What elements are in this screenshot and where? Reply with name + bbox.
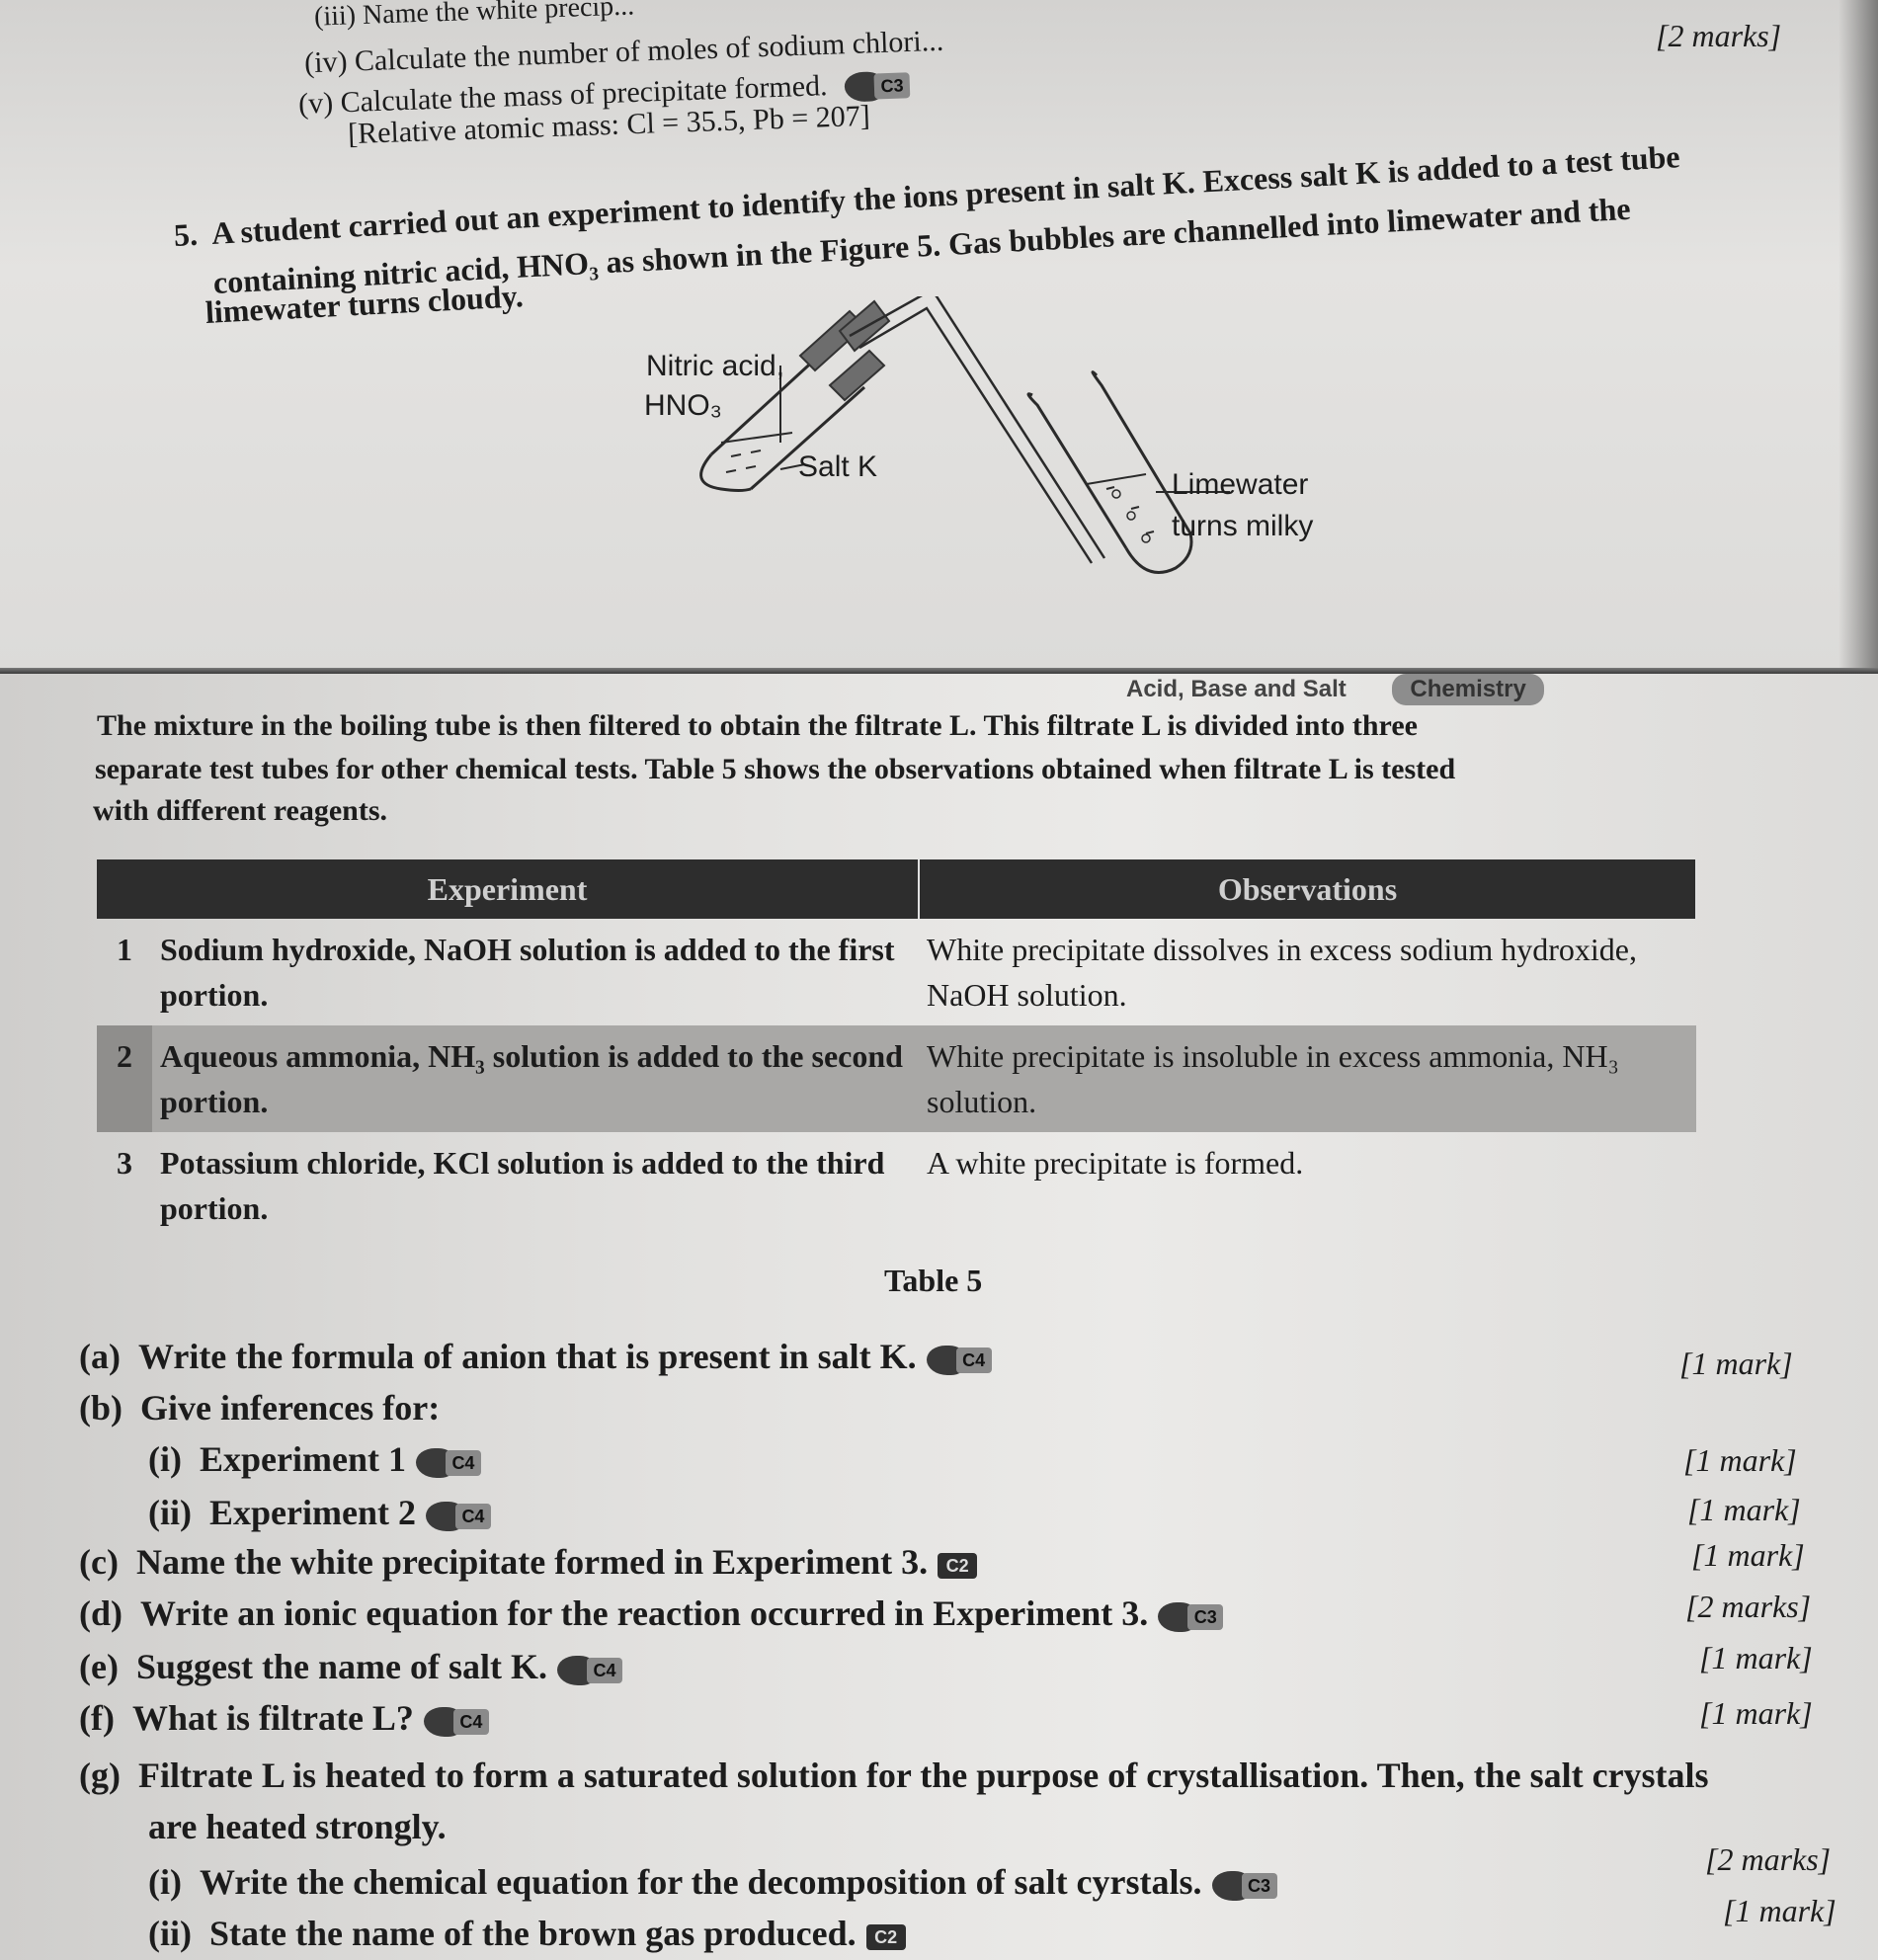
question-item: (c) Name the white precipitate formed in… [79,1541,1005,1583]
label-hno3: HNO₃ [644,389,722,423]
intro-line-2: separate test tubes for other chemical t… [95,753,1455,786]
stamp-c3: C3 [1212,1871,1279,1901]
question-text: Experiment 2 [209,1493,416,1532]
marks-label: [1 mark] [1679,1346,1793,1382]
marks-label: [2 marks] [1705,1841,1831,1878]
stamp-c3: C3 [1158,1602,1225,1632]
observation-cell: A white precipitate is formed. [919,1132,1696,1239]
stamp-c2: C2 [938,1551,1005,1581]
label-turns-milky: turns milky [1172,510,1313,543]
question-label: (b) [79,1388,140,1428]
question-label: (d) [79,1593,140,1633]
question-item: (ii) State the name of the brown gas pro… [148,1913,934,1954]
question-text: are heated strongly. [148,1807,447,1846]
marks-label: [2 marks] [1685,1589,1811,1625]
marks-label: [1 mark] [1691,1537,1805,1574]
question-text: What is filtrate L? [132,1698,414,1738]
intro-line-3: with different reagents. [93,794,387,828]
marks-label: [1 mark] [1683,1442,1797,1479]
question-number: 5. [173,216,199,253]
stamp-code: C3 [1187,1604,1223,1630]
question-text: Give inferences for: [140,1388,440,1428]
item-label: (v) [298,87,334,121]
question-label: (i) [148,1862,200,1902]
marks-label: [1 mark] [1699,1695,1813,1732]
table-row: 2 Aqueous ammonia, NH₃ solution is added… [97,1025,1696,1132]
question-label: (ii) [148,1914,209,1953]
topic-label: Acid, Base and Salt [1126,676,1347,702]
stamp-code: C4 [956,1347,992,1373]
table-header-row: Experiment Observations [97,859,1696,919]
experiment-cell: Aqueous ammonia, NH₃ solution is added t… [152,1025,919,1132]
question-item: (a) Write the formula of anion that is p… [79,1336,994,1377]
experiment-cell: Potassium chloride, KCl solution is adde… [152,1132,919,1239]
stamp-c4: C4 [424,1707,491,1737]
marks-label: [1 mark] [1687,1492,1801,1528]
stamp-code: C4 [453,1709,489,1735]
question-text: Write an ionic equation for the reaction… [140,1593,1148,1633]
label-nitric-acid: Nitric acid, [646,350,784,383]
question-text: Name the white precipitate formed in Exp… [136,1542,928,1582]
intro-line-1: The mixture in the boiling tube is then … [97,709,1418,743]
question-text: Write the formula of anion that is prese… [138,1337,917,1376]
item-label: (iii) [314,0,357,32]
row-number: 3 [97,1132,152,1239]
stamp-c2: C2 [866,1922,934,1952]
question-label: (f) [79,1698,132,1738]
stamp-c4: C4 [416,1448,483,1478]
observation-cell: White precipitate is insoluble in excess… [919,1025,1696,1132]
stamp-code: C4 [446,1450,481,1476]
label-limewater: Limewater [1172,468,1308,502]
stamp-code: C4 [587,1658,622,1683]
label-salt-k: Salt K [798,450,877,484]
question-item: (g) Filtrate L is heated to form a satur… [79,1755,1709,1796]
question-text: Write the chemical equation for the deco… [200,1862,1202,1902]
prev-marks: [2 marks] [1656,18,1781,54]
stamp-c4: C4 [927,1346,994,1375]
question-label: (ii) [148,1493,209,1532]
question-label: (c) [79,1542,136,1582]
header-observations: Observations [919,859,1696,919]
question-text: State the name of the brown gas produced… [209,1914,857,1953]
question-label: (a) [79,1337,138,1376]
table-row: 3 Potassium chloride, KCl solution is ad… [97,1132,1696,1239]
question-item: (i) Experiment 1C4 [148,1438,483,1480]
question-item: (i) Write the chemical equation for the … [148,1861,1279,1903]
question-label: (e) [79,1647,136,1686]
experiment-cell: Sodium hydroxide, NaOH solution is added… [152,919,919,1025]
observation-cell: White precipitate dissolves in excess so… [919,919,1696,1025]
table-row: 1 Sodium hydroxide, NaOH solution is add… [97,919,1696,1025]
table-caption: Table 5 [884,1263,982,1299]
question-text: Suggest the name of salt K. [136,1647,547,1686]
question-item: (ii) Experiment 2C4 [148,1492,493,1533]
marks-label: [1 mark] [1723,1893,1837,1929]
stamp-code: C3 [1242,1873,1277,1899]
page-edge [0,668,1878,674]
item-label: (iv) [304,45,348,79]
question-text: Filtrate L is heated to form a saturated… [138,1756,1709,1795]
stamp-c3: C3 [845,70,913,102]
question-label: (g) [79,1756,138,1795]
marks-label: [1 mark] [1699,1640,1813,1676]
table-5: Experiment Observations 1 Sodium hydroxi… [97,859,1697,1239]
stamp-c4: C4 [426,1502,493,1531]
page-header: Acid, Base and Salt Chemistry [1126,674,1544,705]
question-item: (b) Give inferences for: [79,1387,440,1429]
question-item: (e) Suggest the name of salt K.C4 [79,1646,624,1687]
question-text: Experiment 1 [200,1439,406,1479]
stamp-code: C3 [874,72,911,99]
row-number: 2 [97,1025,152,1132]
question-item: are heated strongly. [148,1806,447,1847]
subject-badge: Chemistry [1392,674,1543,705]
stamp-code: C4 [455,1504,491,1529]
row-number: 1 [97,919,152,1025]
stamp-code: C2 [938,1553,977,1579]
question-item: (d) Write an ionic equation for the reac… [79,1592,1225,1634]
header-experiment: Experiment [97,859,919,919]
question-label: (i) [148,1439,200,1479]
stamp-code: C2 [866,1924,906,1950]
question-item: (f) What is filtrate L?C4 [79,1697,491,1739]
stamp-c4: C4 [557,1656,624,1685]
